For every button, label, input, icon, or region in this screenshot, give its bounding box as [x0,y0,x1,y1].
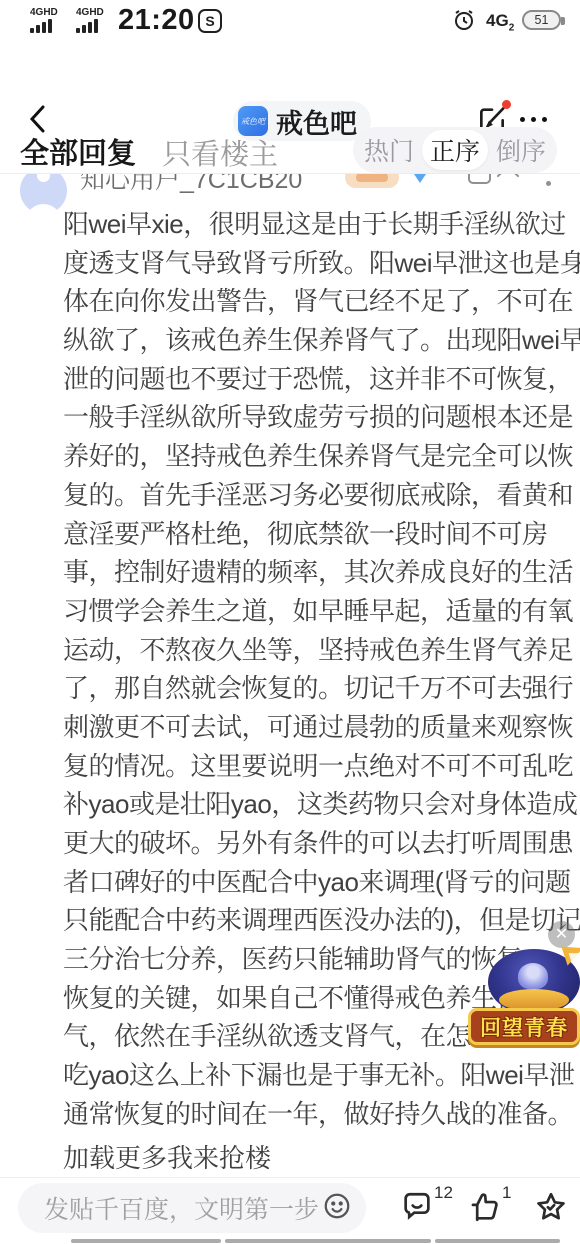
favorite-button[interactable] [534,1190,568,1229]
load-more-link[interactable]: 加载更多我来抢楼 [63,1138,271,1175]
thread-content: 知心用户_7C1CB20 阳wei早xie，很明显这是由于长期手淫纵欲过度透支肾… [0,0,580,1244]
post-text-line: 补yao或是壮阳yao，这类药物只会对身体造成 [63,785,568,824]
post-text-line: 意淫要严格杜绝，彻底禁欲一段时间不可房 [63,515,568,554]
alarm-icon [452,8,476,37]
ad-illustration[interactable] [488,949,580,1015]
signal-strength-icon: 4GHD [76,7,116,33]
sort-option-descending[interactable]: 倒序 [488,130,554,170]
post-text-line: 复的情况。这里要说明一点绝对不可不可乱吃 [63,747,568,786]
post-text-line: 度透支肾气导致肾亏所致。阳wei早泄这也是身 [63,244,568,283]
nav-hint-bars [0,1239,580,1244]
post-text-line: 者口碑好的中医配合中yao来调理(肾亏的问题 [63,863,568,902]
post-text-line: 事，控制好遗精的频率，其次养成良好的生活 [63,553,568,592]
more-menu-button[interactable] [520,117,547,122]
sort-option-ascending[interactable]: 正序 [422,130,488,170]
notification-dot [502,100,511,109]
header: 4GHD 4GHD 21:20 S 4G2 51 [0,0,580,174]
bottom-bar: 发贴千百度，文明第一步 12 1 [0,1177,580,1244]
sort-option-hot[interactable]: 热门 [356,130,422,170]
tab-op-only[interactable]: 只看楼主 [162,132,278,173]
network-type: 4G2 [486,11,514,33]
post-text-line: 一般手淫纵欲所导致虚劳亏损的问题根本还是 [63,398,568,437]
emoji-icon[interactable] [322,1191,352,1226]
post-text-line: 通常恢复的时间在一年，做好持久战的准备。 [63,1095,568,1134]
ad-banner-text: 回望青春 [480,1012,568,1042]
post-text-line: 更大的破坏。另外有条件的可以去打听周围患 [63,824,568,863]
comments-button[interactable] [400,1190,434,1229]
post-text-line: 体在向你发出警告，肾气已经不足了，不可在 [63,282,568,321]
ad-banner[interactable]: 回望青春 [468,1008,580,1045]
post-text-line: 运动，不熬夜久坐等，坚持戒色养生肾气养足 [63,631,568,670]
status-bar: 4GHD 4GHD 21:20 S 4G2 51 [0,0,580,40]
reply-placeholder: 发贴千百度，文明第一步 [44,1190,322,1226]
post-text-line: 复的。首先手淫恶习务必要彻底戒除，看黄和 [63,476,568,515]
post-text-line: 刺激更不可去试，可通过晨勃的质量来观察恢 [63,708,568,747]
avatar[interactable] [20,167,67,214]
battery-indicator: 51 [522,10,561,30]
post-text-line: 养好的，坚持戒色养生保养肾气是完全可以恢 [63,437,568,476]
reply-input[interactable]: 发贴千百度，文明第一步 [18,1183,366,1233]
tab-all-replies[interactable]: 全部回复 [20,131,136,172]
comment-count: 12 [434,1183,453,1203]
floating-ad[interactable]: ✕ 回望青春 [468,913,580,1045]
sort-segmented-control: 热门 正序 倒序 [353,127,557,173]
post-text-line: 泄的问题也不要过于恐慌，这并非不可恢复， [63,360,568,399]
post-text-line: 吃yao这么上补下漏也是于事无补。阳wei早泄 [63,1056,568,1095]
post-text-line: 纵欲了，该戒色养生保养肾气了。出现阳wei早 [63,321,568,360]
notification-icon: S [198,9,222,33]
post-text-line: 习惯学会养生之道，如早睡早起，适量的有氧 [63,592,568,631]
like-count: 1 [502,1183,511,1203]
nav-bar: 戒色吧 戒色吧 [0,40,580,118]
clock-time: 21:20 [118,4,195,37]
like-button[interactable] [468,1190,502,1229]
post-more-icon[interactable] [546,181,551,186]
page-title: 戒色吧 [276,102,357,141]
signal-strength-icon: 4GHD [30,7,70,33]
post-text-line: 了，那自然就会恢复的。切记千万不可去强行 [63,669,568,708]
post-text-line: 阳wei早xie，很明显这是由于长期手淫纵欲过 [63,205,568,244]
tieba-thread-screen: 知心用户_7C1CB20 阳wei早xie，很明显这是由于长期手淫纵欲过度透支肾… [0,0,580,1244]
